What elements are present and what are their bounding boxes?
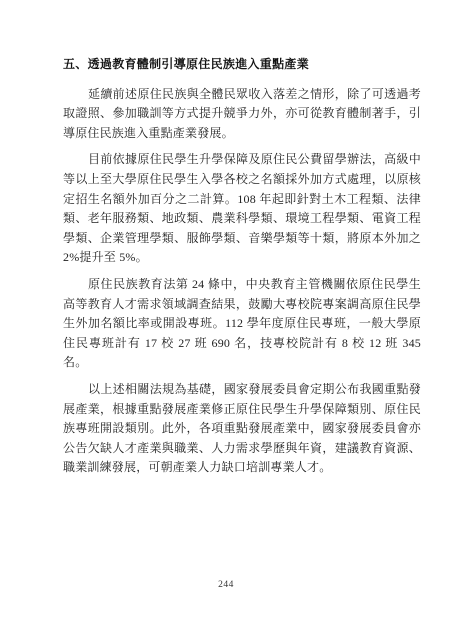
paragraph-quota-policy: 目前依據原住民學生升學保障及原住民公費留學辦法，高級中等以上至大學原住民學生入學… — [63, 150, 421, 268]
paragraph-intro: 延續前述原住民族與全體民眾收入落差之情形，除了可透過考取證照、參加職訓等方式提升… — [63, 85, 421, 144]
document-page: 五、透過教育體制引導原住民族進入重點產業 延續前述原住民族與全體民眾收入落差之情… — [0, 0, 452, 640]
document-body: 五、透過教育體制引導原住民族進入重點產業 延續前述原住民族與全體民眾收入落差之情… — [63, 55, 421, 485]
page-number: 244 — [0, 580, 452, 590]
paragraph-education-act: 原住民族教育法第 24 條中，中央教育主管機關依原住民學生高等教育人才需求領域調… — [63, 275, 421, 373]
section-heading: 五、透過教育體制引導原住民族進入重點產業 — [63, 55, 421, 75]
paragraph-key-industries: 以上述相關法規為基礎，國家發展委員會定期公布我國重點發展產業，根據重點發展產業修… — [63, 380, 421, 478]
